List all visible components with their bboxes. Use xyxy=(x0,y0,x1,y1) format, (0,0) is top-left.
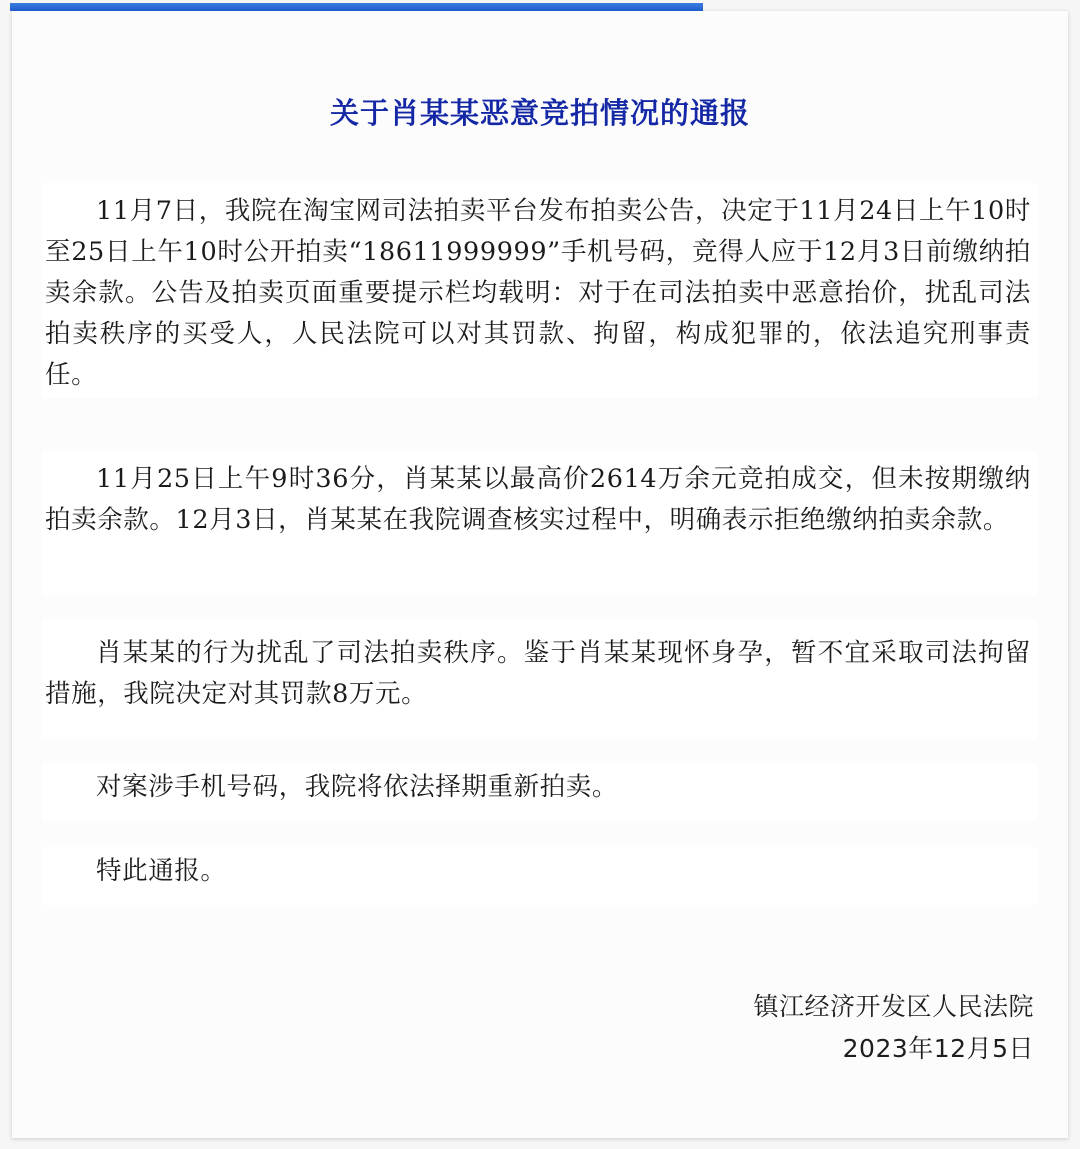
paragraph: 对案涉手机号码，我院将依法择期重新拍卖。 xyxy=(45,767,1031,808)
notice-title: 关于肖某某恶意竞拍情况的通报 xyxy=(12,91,1068,132)
paragraph-block-3: 肖某某的行为扰乱了司法拍卖秩序。鉴于肖某某现怀身孕，暂不宜采取司法拘留措施，我院… xyxy=(42,619,1037,739)
issuer-name: 镇江经济开发区人民法院 xyxy=(753,986,1034,1028)
notice-card: 关于肖某某恶意竞拍情况的通报 11月7日，我院在淘宝网司法拍卖平台发布拍卖公告，… xyxy=(12,11,1068,1138)
paragraph-block-2: 11月25日上午9时36分，肖某某以最高价2614万余元竞拍成交，但未按期缴纳拍… xyxy=(42,451,1037,596)
paragraph-block-1: 11月7日，我院在淘宝网司法拍卖平台发布拍卖公告，决定于11月24日上午10时至… xyxy=(42,183,1037,398)
signature: 镇江经济开发区人民法院 2023年12月5日 xyxy=(753,986,1034,1070)
paragraph: 11月7日，我院在淘宝网司法拍卖平台发布拍卖公告，决定于11月24日上午10时至… xyxy=(45,191,1031,396)
page: 关于肖某某恶意竞拍情况的通报 11月7日，我院在淘宝网司法拍卖平台发布拍卖公告，… xyxy=(0,0,1080,1149)
paragraph: 11月25日上午9时36分，肖某某以最高价2614万余元竞拍成交，但未按期缴纳拍… xyxy=(45,459,1031,541)
progress-bar xyxy=(10,3,703,11)
closing-line: 特此通报。 xyxy=(45,851,1031,892)
paragraph: 肖某某的行为扰乱了司法拍卖秩序。鉴于肖某某现怀身孕，暂不宜采取司法拘留措施，我院… xyxy=(45,633,1031,715)
paragraph-block-5: 特此通报。 xyxy=(42,847,1037,905)
issue-date: 2023年12月5日 xyxy=(753,1028,1034,1070)
paragraph-block-4: 对案涉手机号码，我院将依法择期重新拍卖。 xyxy=(42,763,1037,821)
